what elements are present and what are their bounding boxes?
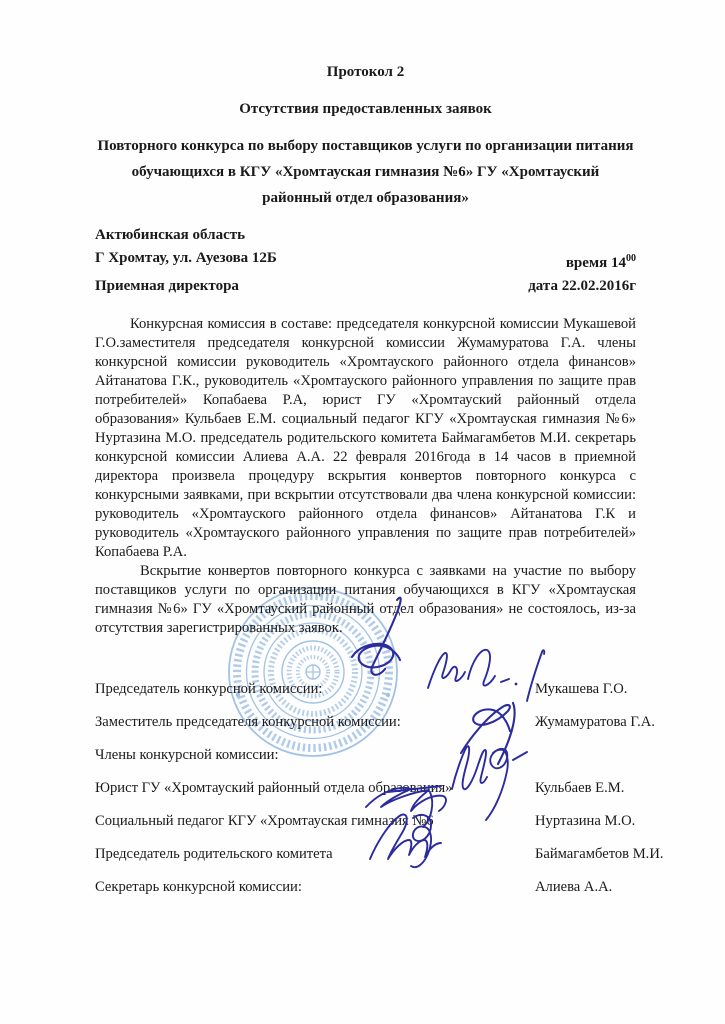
document-title: Протокол 2 <box>95 0 636 81</box>
signature-label: Секретарь конкурсной комиссии: <box>95 879 302 896</box>
signature-label: Социальный педагог КГУ «Хромтауская гимн… <box>95 813 434 830</box>
address-label: Г Хромтау, ул. Ауезова 12Б <box>95 247 277 275</box>
signature-section: Председатель конкурсной комиссии: Мукаше… <box>95 681 636 898</box>
paragraph-result: Вскрытие конвертов повторного конкурса с… <box>95 562 636 638</box>
signer-name: Мукашева Г.О. <box>535 681 636 698</box>
scanned-document-page: Протокол 2 Отсутствия предоставленных за… <box>0 0 725 1024</box>
document-heading: Повторного конкурса по выбору поставщико… <box>95 133 636 211</box>
signer-name: Кульбаев Е.М. <box>535 780 636 797</box>
signature-label: Заместитель председателя конкурсной коми… <box>95 714 401 731</box>
signer-name: Баймагамбетов М.И. <box>535 846 636 863</box>
signature-label: Председатель конкурсной комиссии: <box>95 681 322 698</box>
signature-label: Члены конкурсной комиссии: <box>95 747 279 764</box>
signature-label: Председатель родительского комитета <box>95 846 333 863</box>
signer-name: Алиева А.А. <box>535 879 636 896</box>
info-row-region: Актюбинская область <box>95 224 636 247</box>
time-text: время 14 <box>566 255 626 271</box>
signature-row-pedagog: Социальный педагог КГУ «Хромтауская гимн… <box>95 813 636 832</box>
paragraph-commission: Конкурсная комиссия в составе: председат… <box>95 315 636 562</box>
date-label: дата 22.02.2016г <box>528 275 636 298</box>
signature-row-parent-committee: Председатель родительского комитета Байм… <box>95 846 636 865</box>
signature-row-members-header: Члены конкурсной комиссии: <box>95 747 636 766</box>
signature-label: Юрист ГУ «Хромтауский районный отдела об… <box>95 780 452 797</box>
room-label: Приемная директора <box>95 275 239 298</box>
info-row-room: Приемная директора дата 22.02.2016г <box>95 275 636 298</box>
document-body: Протокол 2 Отсутствия предоставленных за… <box>95 0 636 912</box>
time-superscript: 00 <box>626 253 636 264</box>
signature-row-deputy: Заместитель председателя конкурсной коми… <box>95 714 636 733</box>
info-row-address: Г Хромтау, ул. Ауезова 12Б время 1400 <box>95 247 636 275</box>
info-block: Актюбинская область Г Хромтау, ул. Ауезо… <box>95 224 636 298</box>
signature-row-chairman: Председатель конкурсной комиссии: Мукаше… <box>95 681 636 700</box>
signer-name: Нуртазина М.О. <box>535 813 636 830</box>
region-label: Актюбинская область <box>95 224 245 247</box>
document-subtitle: Отсутствия предоставленных заявок <box>95 101 636 118</box>
signature-row-secretary: Секретарь конкурсной комиссии: Алиева А.… <box>95 879 636 898</box>
time-label: время 1400 <box>566 247 636 275</box>
signer-name: Жумамуратова Г.А. <box>535 714 636 731</box>
signature-row-lawyer: Юрист ГУ «Хромтауский районный отдела об… <box>95 780 636 799</box>
